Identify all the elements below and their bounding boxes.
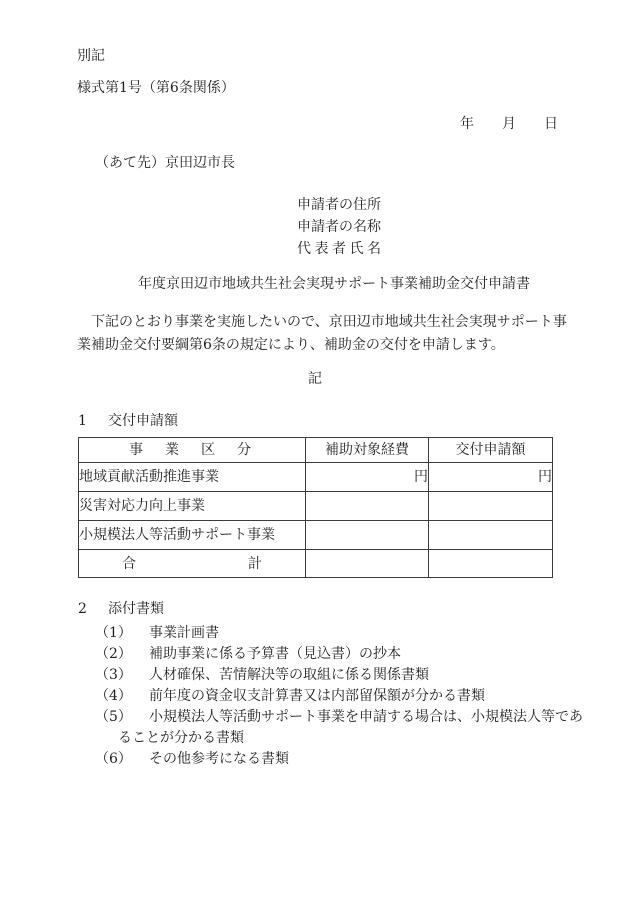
section1-title: 交付申請額 (108, 413, 178, 429)
list-item-number: （1） (95, 623, 137, 644)
row-amount-cell: 円 (429, 463, 553, 492)
row-cost-cell: 円 (306, 463, 429, 492)
applicant-block: 申請者の住所 申請者の名称 代表者氏名 (297, 194, 385, 260)
row-amount-cell (429, 492, 553, 521)
annex-label: 別記 (77, 46, 105, 66)
addressee-line: （あて先）京田辺市長 (95, 153, 235, 173)
body-paragraph-line: 業補助金交付要綱第6条の規定により、補助金の交付を申請します。 (77, 334, 567, 357)
table-row: 小規模法人等活動サポート事業 (79, 521, 553, 550)
list-item-number: （4） (95, 686, 137, 707)
table-header-eligible-cost: 補助対象経費 (306, 438, 429, 463)
list-item: （6）その他参考になる書類 (95, 749, 575, 770)
table-row: 地域貢献活動推進事業 円 円 (79, 463, 553, 492)
row-cost-cell (306, 492, 429, 521)
document-title: 年度京田辺市地域共生社会実現サポート事業補助金交付申請書 (138, 274, 530, 294)
table-header-category: 事 業 区 分 (79, 438, 306, 463)
list-item-number: （5） (95, 707, 137, 728)
table-total-row: 合 計 (79, 550, 553, 578)
body-paragraph-line: 下記のとおり事業を実施したいので、京田辺市地域共生社会実現サポート事 (77, 311, 567, 334)
row-amount-cell (429, 521, 553, 550)
list-item-number: （6） (95, 749, 137, 770)
applicant-address-label: 申請者の住所 (297, 194, 385, 216)
applicant-name-label: 申請者の名称 (297, 216, 385, 238)
section1-heading: 1交付申請額 (78, 411, 178, 431)
list-item: （3）人材確保、苦情解決等の取組に係る関係書類 (95, 665, 575, 686)
list-item-number: （3） (95, 665, 137, 686)
list-item-text: その他参考になる書類 (149, 751, 289, 767)
ki-heading: 記 (77, 369, 553, 389)
document-page: 別記 様式第1号（第6条関係） 年 月 日 （あて先）京田辺市長 申請者の住所 … (0, 0, 630, 903)
section2-number: 2 (78, 599, 108, 619)
list-item-continuation: ることが分かる書類 (95, 728, 575, 749)
total-label: 合 計 (79, 550, 306, 578)
row-cost-cell (306, 521, 429, 550)
list-item-text: 前年度の資金収支計算書又は内部留保額が分かる書類 (149, 688, 485, 704)
row-label: 災害対応力向上事業 (79, 492, 306, 521)
list-item: （5）小規模法人等活動サポート事業を申請する場合は、小規模法人等であ (95, 707, 575, 728)
date-line: 年 月 日 (460, 114, 558, 134)
list-item-text: 人材確保、苦情解決等の取組に係る関係書類 (149, 667, 429, 683)
list-item: （1）事業計画書 (95, 623, 575, 644)
body-paragraph: 下記のとおり事業を実施したいので、京田辺市地域共生社会実現サポート事 業補助金交… (77, 311, 567, 357)
list-item: （2）補助事業に係る予算書（見込書）の抄本 (95, 644, 575, 665)
list-item-number: （2） (95, 644, 137, 665)
section2-title: 添付書類 (108, 601, 164, 617)
table-header-row: 事 業 区 分 補助対象経費 交付申請額 (79, 438, 553, 463)
application-amount-table: 事 業 区 分 補助対象経費 交付申請額 地域貢献活動推進事業 円 円 災害対応… (78, 437, 553, 578)
total-amount-cell (429, 550, 553, 578)
representative-name-label: 代表者氏名 (297, 238, 385, 260)
total-cost-cell (306, 550, 429, 578)
list-item-text: 小規模法人等活動サポート事業を申請する場合は、小規模法人等であ (149, 709, 583, 725)
table-row: 災害対応力向上事業 (79, 492, 553, 521)
section1-number: 1 (78, 411, 108, 431)
form-number-label: 様式第1号（第6条関係） (77, 78, 235, 98)
list-item: （4）前年度の資金収支計算書又は内部留保額が分かる書類 (95, 686, 575, 707)
section2-heading: 2添付書類 (78, 599, 164, 619)
row-label: 地域貢献活動推進事業 (79, 463, 306, 492)
list-item-text: 補助事業に係る予算書（見込書）の抄本 (149, 646, 401, 662)
table-header-requested-amount: 交付申請額 (429, 438, 553, 463)
attachment-list: （1）事業計画書 （2）補助事業に係る予算書（見込書）の抄本 （3）人材確保、苦… (95, 623, 575, 770)
row-label: 小規模法人等活動サポート事業 (79, 521, 306, 550)
list-item-text: 事業計画書 (149, 625, 219, 641)
